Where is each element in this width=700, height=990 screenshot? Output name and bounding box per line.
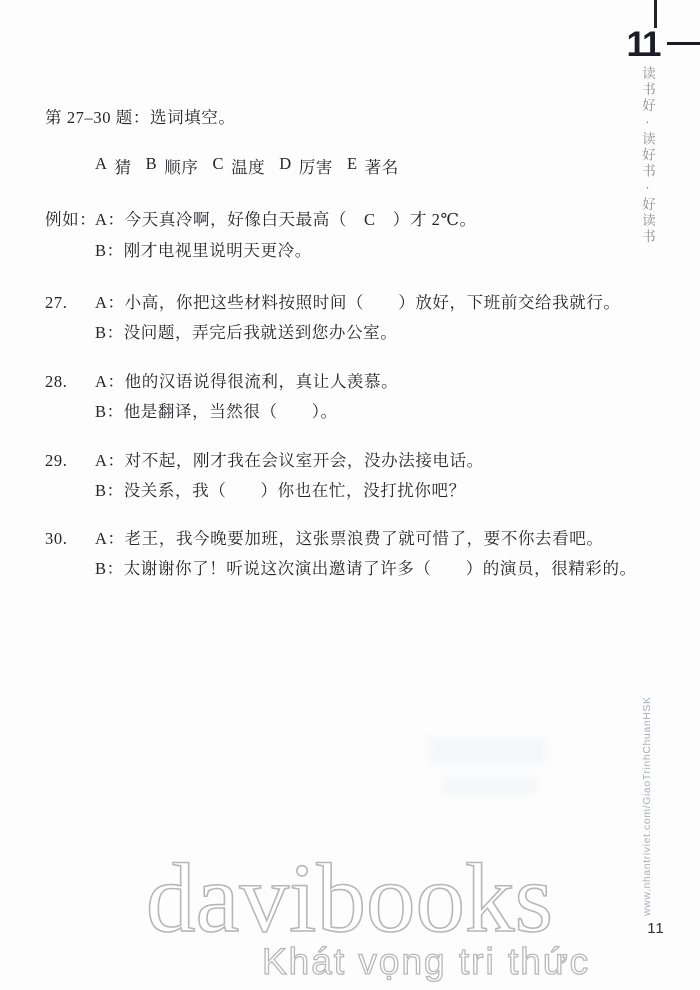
chapter-number: 11	[622, 27, 664, 62]
option-word: 顺序	[164, 154, 198, 178]
question-line-b: B：太谢谢你了！听说这次演出邀请了许多（ ）的演员，很精彩的。	[95, 559, 637, 580]
option-word: 温度	[231, 154, 265, 178]
word-option: A 猜	[95, 154, 132, 178]
page-bleed-through	[442, 776, 538, 794]
option-key: C	[212, 154, 224, 178]
example-label: 例如：	[45, 210, 96, 231]
option-word: 厉害	[299, 154, 333, 178]
question-line-b: B：没问题，弄完后我就送到您办公室。	[95, 323, 397, 344]
question-line-a: A：老王，我今晚要加班，这张票浪费了就可惜了，要不你去看吧。	[95, 529, 603, 550]
word-option: E 著名	[347, 154, 399, 178]
question-line-b: B：没关系，我（ ）你也在忙，没打扰你吧？	[95, 481, 466, 502]
watermark-brand: davibooks	[146, 849, 553, 948]
watermark-tagline: Khát vọng tri thức	[262, 943, 590, 980]
textbook-page: 11 读书好·读好书·好读书 第 27–30 题：选词填空。 A 猜 B 顺序 …	[0, 0, 700, 990]
option-word: 猜	[115, 154, 132, 178]
question-number: 27.	[45, 293, 67, 314]
word-option: D 厉害	[279, 154, 333, 178]
question-line-a: A：对不起，刚才我在会议室开会，没办法接电话。	[95, 451, 484, 472]
option-word: 著名	[365, 154, 399, 178]
word-options-row: A 猜 B 顺序 C 温度 D 厉害 E 著名	[95, 154, 399, 178]
option-key: B	[146, 154, 158, 178]
example-line-a: A：今天真冷啊，好像白天最高（ C ）才 2℃。	[95, 210, 477, 231]
question-number: 29.	[45, 451, 67, 472]
question-line-a: A：他的汉语说得很流利，真让人羡慕。	[95, 372, 398, 393]
publisher-url-vertical: www.nhantriviet.com/GiaoTrinhChuanHSK	[641, 698, 653, 916]
exercise-heading: 第 27–30 题：选词填空。	[45, 108, 236, 129]
page-bleed-through	[428, 738, 546, 764]
option-key: E	[347, 154, 358, 178]
question-number: 28.	[45, 372, 67, 393]
question-line-a: A：小高，你把这些材料按照时间（ ）放好，下班前交给我就行。	[95, 293, 621, 314]
question-number: 30.	[45, 529, 67, 550]
chapter-tick-rule	[654, 0, 657, 28]
chapter-horizontal-rule	[667, 42, 700, 45]
example-line-b: B：刚才电视里说明天更冷。	[95, 241, 312, 262]
option-key: D	[279, 154, 292, 178]
chapter-slogan-vertical: 读书好·读好书·好读书	[637, 66, 657, 251]
word-option: C 温度	[212, 154, 265, 178]
question-line-b: B：他是翻译，当然很（ ）。	[95, 402, 338, 423]
option-key: A	[95, 154, 108, 178]
page-number: 11	[644, 920, 668, 937]
word-option: B 顺序	[146, 154, 199, 178]
